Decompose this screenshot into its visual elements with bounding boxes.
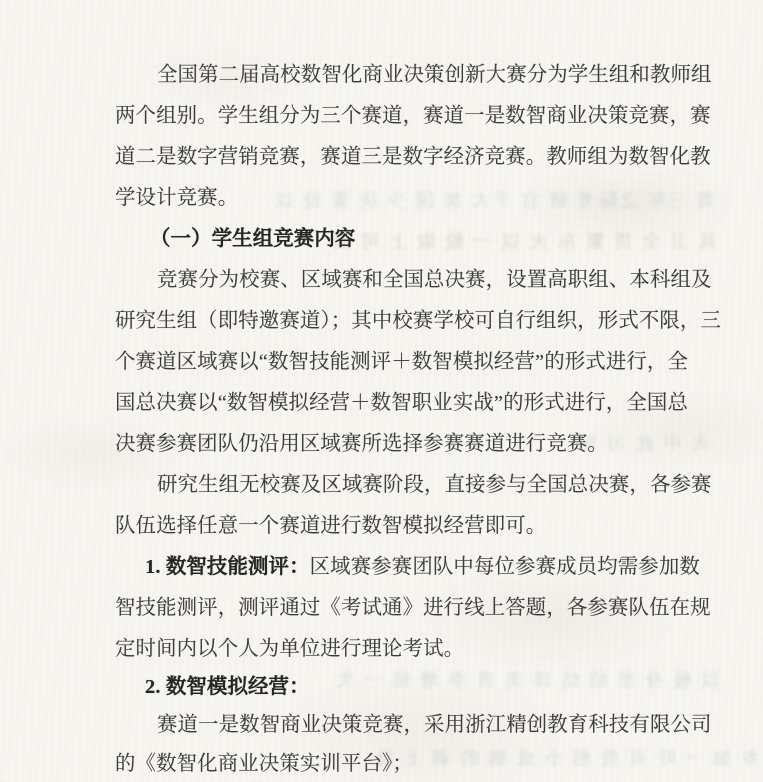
- text-line: 定时间内以个人为单位进行理论考试。: [115, 636, 464, 662]
- text-segment: 定时间内以个人为单位进行理论考试。: [115, 638, 464, 660]
- text-line: 决赛参赛团队仍沿用区域赛所选择参赛赛道进行竞赛。: [115, 431, 608, 457]
- text-line: 道二是数字营销竞赛，赛道三是数字经济竞赛。教师组为数智化教: [115, 144, 711, 170]
- bold-text-segment: 2. 数智模拟经营：: [145, 676, 310, 698]
- text-segment: 全国第二届高校数智化商业决策创新大赛分为学生组和教师组: [157, 64, 712, 86]
- text-line: 全国第二届高校数智化商业决策创新大赛分为学生组和教师组: [157, 62, 712, 88]
- text-line: 国总决赛以“数智模拟经营＋数智职业实战”的形式进行，全国总: [115, 390, 688, 416]
- text-line: 学设计竞赛。: [115, 185, 238, 211]
- bold-text-segment: 1. 数智技能测评：: [145, 556, 310, 578]
- text-line: 两个组别。学生组分为三个赛道，赛道一是数智商业决策竞赛，赛: [115, 103, 711, 129]
- text-line: （一）学生组竞赛内容: [150, 226, 355, 252]
- text-line: 赛道一是数智商业决策竞赛，采用浙江精创教育科技有限公司: [157, 712, 712, 738]
- text-segment: 学设计竞赛。: [115, 187, 238, 209]
- text-segment: 研究生组无校赛及区域赛阶段，直接参与全国总决赛，各参赛: [157, 474, 712, 496]
- text-segment: 道二是数字营销竞赛，赛道三是数字经济竞赛。教师组为数智化教: [115, 146, 711, 168]
- text-line: 队伍选择任意一个赛道进行数智模拟经营即可。: [115, 513, 546, 539]
- text-segment: 的《数智化商业决策实训平台》；: [115, 753, 413, 775]
- bold-text-segment: （一）学生组竞赛内容: [150, 228, 355, 250]
- text-line: 1. 数智技能测评：区域赛参赛团队中每位参赛成员均需参加数: [145, 554, 700, 580]
- text-line: 研究生组（即特邀赛道）；其中校赛学校可自行组织，形式不限，三: [115, 308, 721, 334]
- text-segment: 赛道一是数智商业决策竞赛，采用浙江精创教育科技有限公司: [157, 714, 712, 736]
- document-page: 贵 三年 之际考 研 宫 千大 加 国 少 决 策 设 以 为 件其 卫 全 货…: [0, 0, 763, 782]
- text-segment: 队伍选择任意一个赛道进行数智模拟经营即可。: [115, 515, 546, 537]
- text-line: 个赛道区域赛以“数智技能测评＋数智模拟经营”的形式进行，全: [115, 349, 688, 375]
- text-segment: 竞赛分为校赛、区域赛和全国总决赛，设置高职组、本科组及: [157, 269, 712, 291]
- text-line: 竞赛分为校赛、区域赛和全国总决赛，设置高职组、本科组及: [157, 267, 712, 293]
- text-segment: 研究生组（即特邀赛道）；其中校赛学校可自行组织，形式不限，三: [115, 310, 721, 332]
- text-segment: 区域赛参赛团队中每位参赛成员均需参加数: [310, 556, 700, 578]
- text-segment: 个赛道区域赛以“数智技能测评＋数智模拟经营”的形式进行，全: [115, 351, 688, 373]
- text-segment: 智技能测评，测评通过《考试通》进行线上答题，各参赛队伍在规: [115, 597, 711, 619]
- text-segment: 国总决赛以“数智模拟经营＋数智职业实战”的形式进行，全国总: [115, 392, 688, 414]
- text-line: 的《数智化商业决策实训平台》；: [115, 751, 413, 777]
- text-line: 2. 数智模拟经营：: [145, 674, 310, 700]
- text-line: 研究生组无校赛及区域赛阶段，直接参与全国总决赛，各参赛: [157, 472, 712, 498]
- text-layer: 全国第二届高校数智化商业决策创新大赛分为学生组和教师组两个组别。学生组分为三个赛…: [0, 0, 763, 782]
- text-line: 智技能测评，测评通过《考试通》进行线上答题，各参赛队伍在规: [115, 595, 711, 621]
- text-segment: 两个组别。学生组分为三个赛道，赛道一是数智商业决策竞赛，赛: [115, 105, 711, 127]
- text-segment: 决赛参赛团队仍沿用区域赛所选择参赛赛道进行竞赛。: [115, 433, 608, 455]
